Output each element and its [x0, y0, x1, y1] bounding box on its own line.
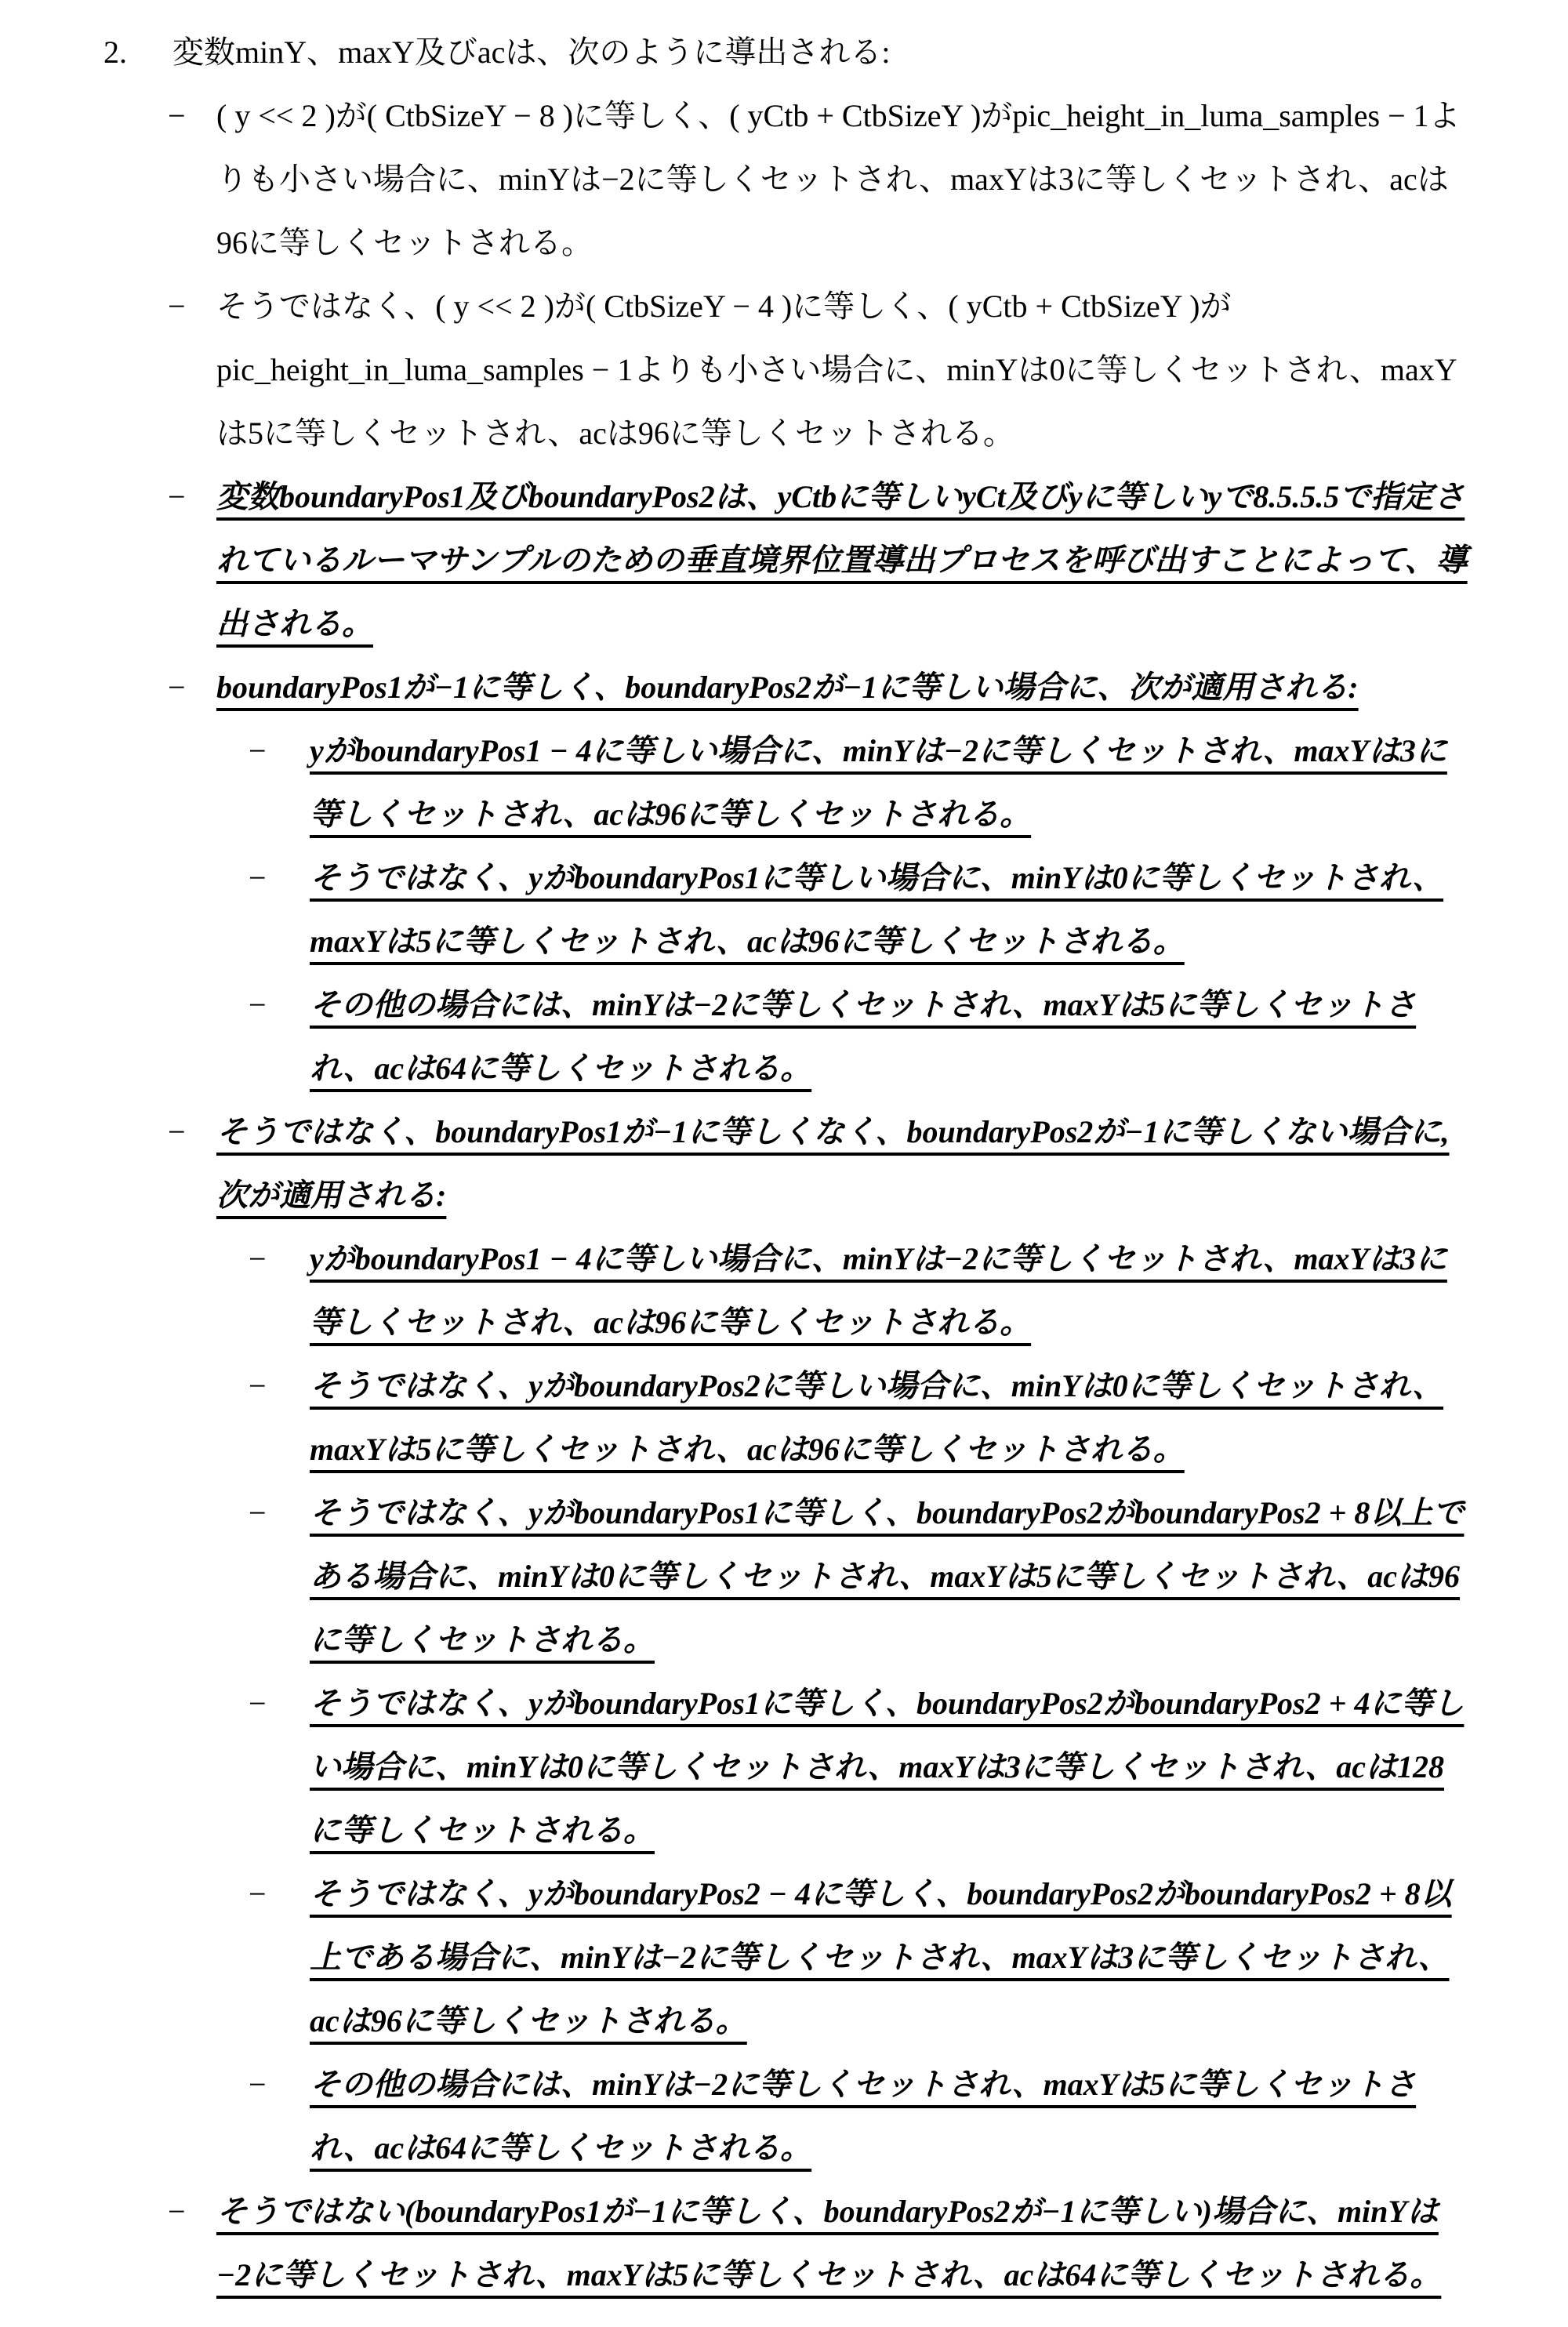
bullet-dash: −	[249, 973, 267, 1036]
item-text-underlined: そうではなく、boundaryPos1が−1に等しくなく、boundaryPos…	[216, 1114, 1450, 1213]
item-text-underlined: その他の場合には、minYは−2に等しくセットされ、maxYは5に等しくセットさ…	[310, 2067, 1416, 2165]
list-item-inserted: − その他の場合には、minYは−2に等しくセットされ、maxYは5に等しくセッ…	[0, 973, 1568, 1100]
bullet-dash: −	[168, 2180, 186, 2243]
list-item-inserted: − そうではなく、yがboundaryPos1に等しく、boundaryPos2…	[0, 1672, 1568, 1862]
numbered-item: 2. 変数minY、maxY及びacは、次のように導出される:	[0, 20, 1568, 84]
item-text-underlined: 変数boundaryPos1及びboundaryPos2は、yCtbに等しいyC…	[216, 479, 1468, 641]
item-text-underlined: そうではなく、yがboundaryPos1に等しく、boundaryPos2がb…	[310, 1686, 1464, 1848]
bullet-dash: −	[249, 1227, 267, 1291]
item-text: 変数minY、maxY及びacは、次のように導出される:	[172, 34, 891, 70]
list-item: − ( y << 2 )が( CtbSizeY − 8 )に等しく、( yCtb…	[0, 84, 1568, 274]
list-item-inserted: − そうではなく、boundaryPos1が−1に等しくなく、boundaryP…	[0, 1100, 1568, 1227]
bullet-dash: −	[249, 846, 267, 909]
bullet-dash: −	[249, 2053, 267, 2116]
item-number: 2.	[103, 20, 127, 84]
list-item-inserted: − そうではなく、yがboundaryPos2 − 4に等しく、boundary…	[0, 1862, 1568, 2053]
list-item-inserted: − そうではなく、yがboundaryPos1に等しい場合に、minYは0に等し…	[0, 846, 1568, 973]
bullet-dash: −	[249, 1862, 267, 1926]
list-item-inserted: − その他の場合には、minYは−2に等しくセットされ、maxYは5に等しくセッ…	[0, 2053, 1568, 2180]
bullet-dash: −	[168, 465, 186, 528]
item-text-underlined: そうではなく、yがboundaryPos1に等しい場合に、minYは0に等しくセ…	[310, 860, 1443, 959]
bullet-dash: −	[168, 84, 186, 147]
bullet-dash: −	[168, 655, 186, 719]
item-text-underlined: そうではない(boundaryPos1が−1に等しく、boundaryPos2が…	[216, 2194, 1441, 2293]
bullet-dash: −	[249, 719, 267, 782]
bullet-dash: −	[249, 1354, 267, 1418]
item-text-underlined: そうではなく、yがboundaryPos1に等しく、boundaryPos2がb…	[310, 1495, 1464, 1657]
item-text-underlined: そうではなく、yがboundaryPos2 − 4に等しく、boundaryPo…	[310, 1876, 1452, 2038]
item-text-underlined: boundaryPos1が−1に等しく、boundaryPos2が−1に等しい場…	[216, 670, 1359, 705]
item-text-underlined: yがboundaryPos1 − 4に等しい場合に、minYは−2に等しくセット…	[310, 1241, 1447, 1340]
bullet-dash: −	[249, 1672, 267, 1735]
document-page: 2. 変数minY、maxY及びacは、次のように導出される: − ( y <<…	[0, 0, 1568, 2327]
list-item-inserted: − そうではなく、yがboundaryPos2に等しい場合に、minYは0に等し…	[0, 1354, 1568, 1481]
list-item-inserted: − yがboundaryPos1 − 4に等しい場合に、minYは−2に等しくセ…	[0, 1227, 1568, 1354]
item-text-underlined: その他の場合には、minYは−2に等しくセットされ、maxYは5に等しくセットさ…	[310, 987, 1416, 1086]
list-item-inserted: − そうではなく、yがboundaryPos1に等しく、boundaryPos2…	[0, 1481, 1568, 1672]
list-item-inserted: − そうではない(boundaryPos1が−1に等しく、boundaryPos…	[0, 2180, 1568, 2307]
list-item: − そうではなく、( y << 2 )が( CtbSizeY − 4 )に等しく…	[0, 274, 1568, 465]
item-text: ( y << 2 )が( CtbSizeY − 8 )に等しく、( yCtb +…	[216, 98, 1461, 260]
bullet-dash: −	[249, 1481, 267, 1545]
bullet-dash: −	[168, 274, 186, 338]
list-item-inserted: − boundaryPos1が−1に等しく、boundaryPos2が−1に等し…	[0, 655, 1568, 719]
item-text: そうではなく、( y << 2 )が( CtbSizeY − 4 )に等しく、(…	[216, 289, 1457, 451]
item-text-underlined: yがboundaryPos1 − 4に等しい場合に、minYは−2に等しくセット…	[310, 733, 1447, 832]
item-text-underlined: そうではなく、yがboundaryPos2に等しい場合に、minYは0に等しくセ…	[310, 1368, 1443, 1467]
list-item-inserted: − yがboundaryPos1 − 4に等しい場合に、minYは−2に等しくセ…	[0, 719, 1568, 846]
bullet-dash: −	[168, 1100, 186, 1163]
list-item-inserted: − 変数boundaryPos1及びboundaryPos2は、yCtbに等しい…	[0, 465, 1568, 655]
